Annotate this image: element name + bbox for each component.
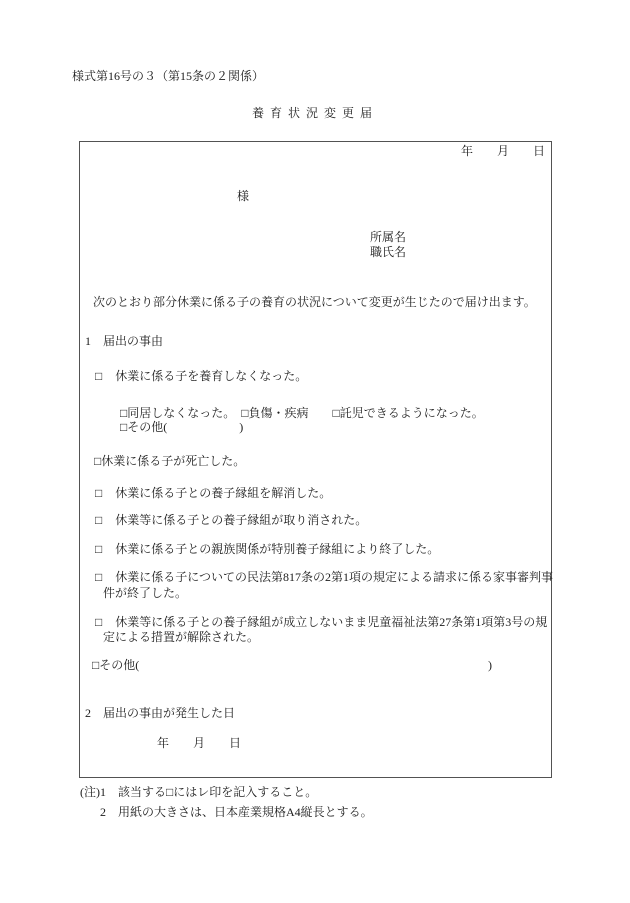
checkbox-icon: □ <box>95 369 102 383</box>
document-page: 様式第16号の３（第15条の２関係） 養育状況変更届 年 月 日 様 所属名 職… <box>0 0 630 903</box>
checkbox-item-child-died: □休業に係る子が死亡した。 <box>94 454 245 468</box>
checkbox-item-other-close: ) <box>488 658 492 672</box>
checkbox-item-label-line2: 件が終了した。 <box>103 586 187 600</box>
checkbox-item-welfare-measure-lifted: □ 休業等に係る子との養子縁組が成立しないまま児童福祉法第27条第1項第3号の規 <box>95 615 547 629</box>
checkbox-item-other-open: □その他( <box>92 658 139 672</box>
checkbox-item-label-line1: 休業に係る子についての民法第817条の2第1項の規定による請求に係る家事審判事 <box>115 570 553 584</box>
form-code: 様式第16号の３（第15条の２関係） <box>72 69 264 83</box>
checkbox-icon: □ <box>95 542 102 556</box>
checkbox-item-no-longer-raising: □ 休業に係る子を養育しなくなった。 <box>95 369 307 383</box>
checkbox-item-label-line2: 定による措置が解除された。 <box>103 630 259 644</box>
checkbox-item-label: 休業に係る子との養子縁組を解消した。 <box>115 486 331 500</box>
section2-heading: 2 届出の事由が発生した日 <box>85 706 235 720</box>
checkbox-item-special-adoption-ended: □ 休業に係る子との親族関係が特別養子縁組により終了した。 <box>95 542 439 556</box>
document-title: 養育状況変更届 <box>0 106 630 120</box>
checkbox-item-label-line1: 休業等に係る子との養子縁組が成立しないまま児童福祉法第27条第1項第3号の規 <box>115 615 547 629</box>
checkbox-icon: □ <box>95 570 102 584</box>
form-border-box: 年 月 日 様 所属名 職氏名 次のとおり部分休業に係る子の養育の状況について変… <box>79 141 552 778</box>
affiliation-label: 所属名 <box>370 230 406 244</box>
checkbox-icon: □ <box>95 615 102 629</box>
checkbox-icon: □ <box>95 486 102 500</box>
position-name-label: 職氏名 <box>370 245 406 259</box>
checkbox-item-adoption-dissolved: □ 休業に係る子との養子縁組を解消した。 <box>95 486 331 500</box>
intro-sentence: 次のとおり部分休業に係る子の養育の状況について変更が生じたので届け出ます。 <box>93 295 536 309</box>
sub-checkbox-line-1: □同居しなくなった。 □負傷・疾病 □託児できるようになった。 <box>120 406 484 420</box>
section1-heading: 1 届出の事由 <box>85 334 163 348</box>
checkbox-item-family-court-case-ended: □ 休業に係る子についての民法第817条の2第1項の規定による請求に係る家事審判… <box>95 570 553 584</box>
checkbox-icon: □ <box>95 513 102 527</box>
footnote-1: (注)1 該当する□にはレ印を記入すること。 <box>80 785 317 799</box>
date-line-top: 年 月 日 <box>461 144 545 158</box>
addressee-label: 様 <box>237 189 249 203</box>
date-line-section2: 年 月 日 <box>157 736 241 750</box>
checkbox-item-label: 休業に係る子を養育しなくなった。 <box>115 369 307 383</box>
sub-checkbox-line-2: □その他( ) <box>120 420 243 434</box>
checkbox-item-label: 休業等に係る子との養子縁組が取り消された。 <box>115 513 367 527</box>
checkbox-item-other: □その他( ) <box>92 658 492 672</box>
checkbox-item-adoption-rescinded: □ 休業等に係る子との養子縁組が取り消された。 <box>95 513 367 527</box>
footnote-2: 2 用紙の大きさは、日本産業規格A4縦長とする。 <box>100 805 373 819</box>
checkbox-item-label: 休業に係る子との親族関係が特別養子縁組により終了した。 <box>115 542 439 556</box>
